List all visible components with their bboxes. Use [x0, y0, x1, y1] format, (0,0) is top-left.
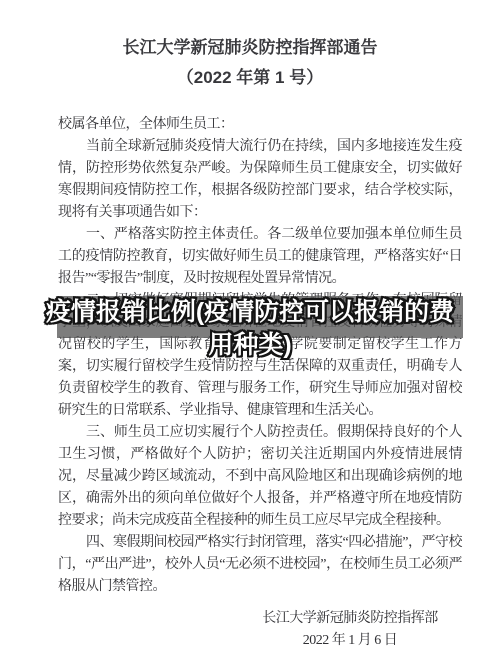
notice-paragraph-intro: 当前全球新冠肺炎疫情大流行仍在持续，国内多地接连发生疫情，防控形势依然复杂严峻。…	[58, 136, 462, 224]
salutation: 校属各单位，全体师生员工：	[58, 114, 462, 136]
document-page: 长江大学新冠肺炎防控指挥部通告 （2022 年第 1 号） 校属各单位，全体师生…	[0, 0, 500, 667]
watermark-title: 疫情报销比例(疫情防控可以报销的费 用种类)	[0, 296, 500, 362]
notice-paragraph-4: 四、寒假期间校园严格实行封闭管理，落实“四必措施”，严守校门，“严出严进”，校外…	[58, 532, 462, 598]
notice-title: 长江大学新冠肺炎防控指挥部通告	[0, 36, 500, 60]
signature-org: 长江大学新冠肺炎防控指挥部	[250, 608, 450, 630]
notice-number: （2022 年第 1 号）	[0, 66, 500, 90]
watermark-title-line2: 用种类)	[0, 329, 500, 362]
signature-block: 长江大学新冠肺炎防控指挥部 2022 年 1 月 6 日	[250, 608, 450, 652]
watermark-title-line1: 疫情报销比例(疫情防控可以报销的费	[0, 296, 500, 329]
signature-date: 2022 年 1 月 6 日	[250, 630, 450, 652]
notice-paragraph-1: 一、严格落实防控主体责任。各二级单位要加强本单位师生员工的疫情防控教育，切实做好…	[58, 224, 462, 290]
notice-paragraph-3: 三、师生员工应切实履行个人防控责任。假期保持良好的个人卫生习惯，严格做好个人防护…	[58, 422, 462, 532]
